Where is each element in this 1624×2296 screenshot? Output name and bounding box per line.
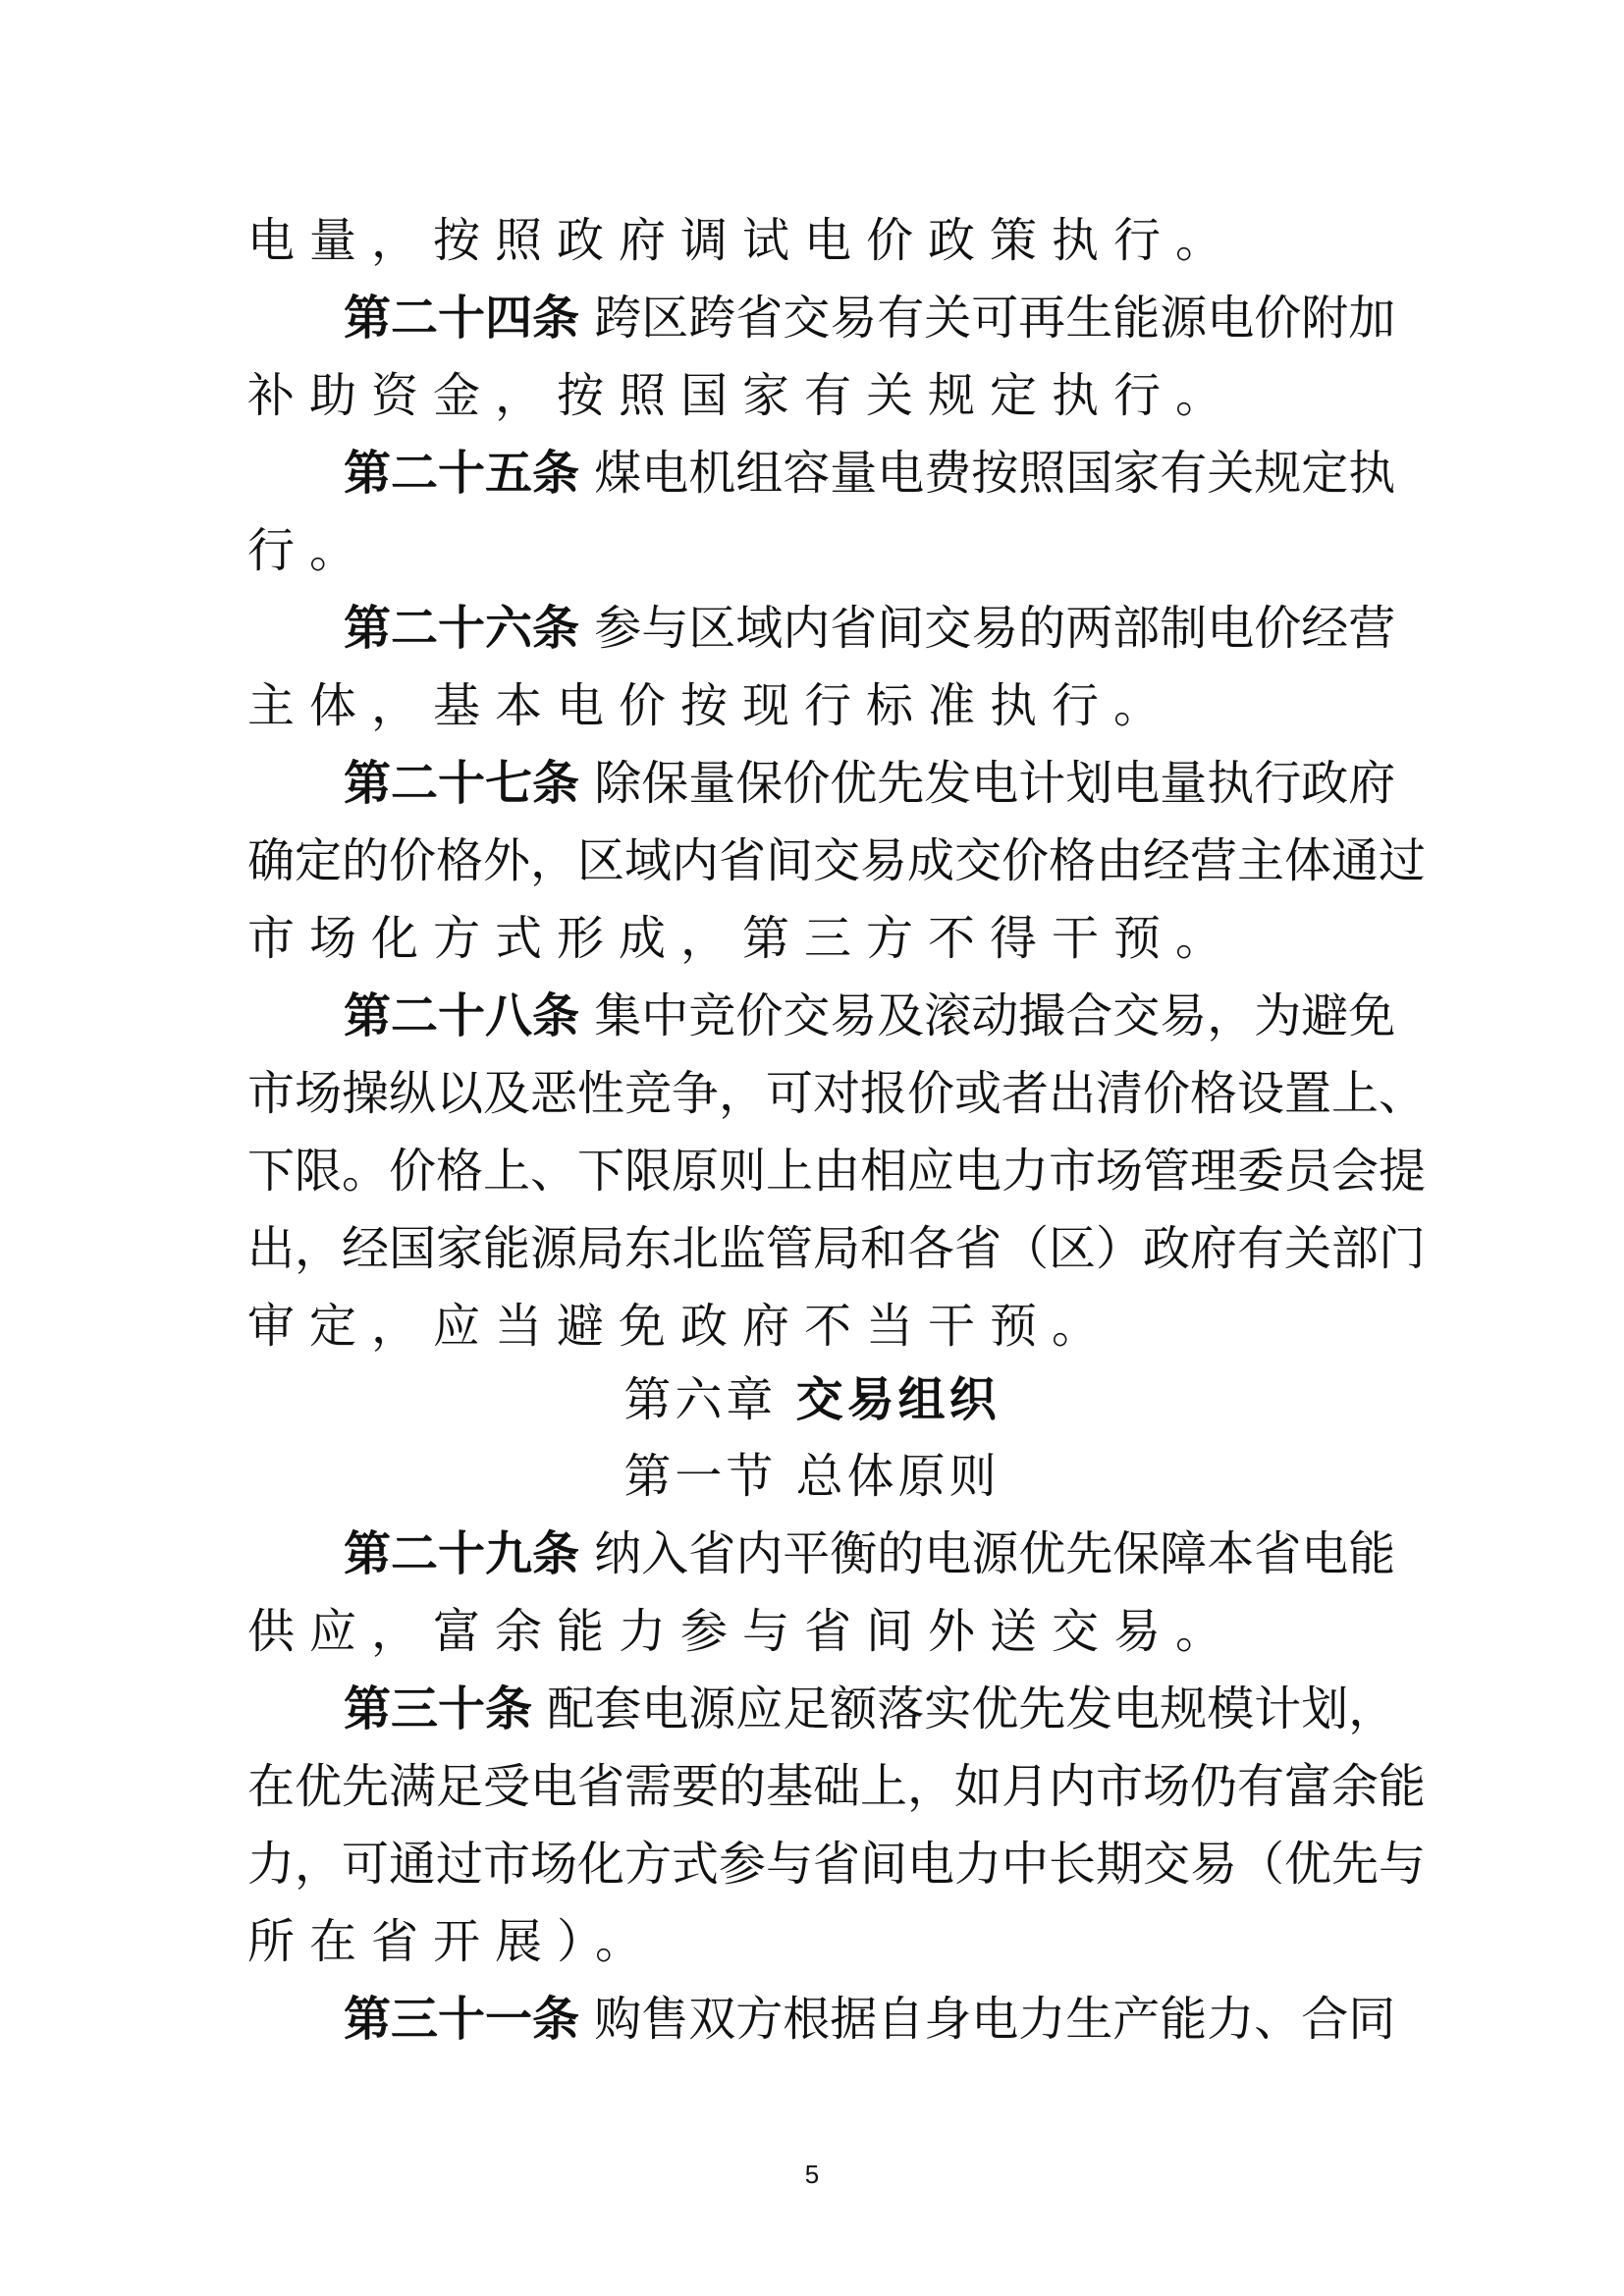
chapter-title: 交易组织 [796,1372,1001,1427]
text-line: 审定，应当避免政府不当干预。 [247,1297,1386,1356]
text-line: 在优先满足受电省需要的基础上，如月内市场仍有富余能 [247,1757,1386,1816]
article-number: 第三十条 [344,1682,532,1736]
section-title: 总体原则 [796,1449,1001,1504]
article-30: 第三十条 配套电源应足额落实优先发电规模计划， [344,1680,1386,1738]
line-text: 下限。价格上、下限原则上由相应电力市场管理委员会提 [247,1144,1426,1199]
article-number: 第二十七条 [344,756,579,811]
text-line: 力，可通过市场化方式参与省间电力中长期交易（优先与 [247,1835,1386,1894]
text-line: 下限。价格上、下限原则上由相应电力市场管理委员会提 [247,1142,1386,1201]
line-text: 行。 [247,523,371,578]
section-heading: 第一节 总体原则 [0,1447,1624,1506]
line-text: 市场操纵以及恶性竞争，可对报价或者出清价格设置上、 [247,1066,1426,1121]
article-text: 除保量保价优先发电计划电量执行政府 [579,756,1395,811]
text-line: 电量，按照政府调试电价政策执行。 [247,211,1386,270]
chapter-number: 第六章 [623,1372,777,1427]
line-text: 主体，基本电价按现行标准执行。 [247,678,1175,733]
text-line: 出，经国家能源局东北监管局和各省（区）政府有关部门 [247,1219,1386,1278]
page-number: 5 [0,2160,1624,2190]
text-line: 市场操纵以及恶性竞争，可对报价或者出清价格设置上、 [247,1064,1386,1123]
article-text: 纳入省内平衡的电源优先保障本省电能 [579,1526,1395,1581]
line-text: 补助资金，按照国家有关规定执行。 [247,368,1237,423]
line-text: 确定的价格外，区域内省间交易成交价格由经营主体通过 [247,833,1426,888]
article-number: 第三十一条 [344,1992,579,2047]
article-text: 集中竞价交易及滚动撮合交易，为避免 [579,988,1395,1043]
text-line: 市场化方式形成，第三方不得干预。 [247,909,1386,968]
section-number: 第一节 [623,1449,777,1504]
article-31: 第三十一条 购售双方根据自身电力生产能力、合同 [344,1990,1386,2049]
article-text: 配套电源应足额落实优先发电规模计划， [532,1682,1395,1736]
article-text: 购售双方根据自身电力生产能力、合同 [579,1992,1395,2047]
article-29: 第二十九条 纳入省内平衡的电源优先保障本省电能 [344,1524,1386,1583]
article-text: 跨区跨省交易有关可再生能源电价附加 [579,291,1395,346]
line-text: 供应，富余能力参与省间外送交易。 [247,1604,1237,1659]
article-number: 第二十四条 [344,291,579,346]
text-line: 补助资金，按照国家有关规定执行。 [247,366,1386,425]
line-text: 电量，按照政府调试电价政策执行。 [247,213,1237,268]
text-line: 主体，基本电价按现行标准执行。 [247,676,1386,735]
article-28: 第二十八条 集中竞价交易及滚动撮合交易，为避免 [344,987,1386,1045]
article-27: 第二十七条 除保量保价优先发电计划电量执行政府 [344,754,1386,813]
line-text: 力，可通过市场化方式参与省间电力中长期交易（优先与 [247,1837,1426,1892]
article-number: 第二十九条 [344,1526,579,1581]
line-text: 出，经国家能源局东北监管局和各省（区）政府有关部门 [247,1221,1426,1276]
article-number: 第二十八条 [344,988,579,1043]
article-text: 煤电机组容量电费按照国家有关规定执 [579,446,1395,501]
article-text: 参与区域内省间交易的两部制电价经营 [579,601,1395,656]
text-line: 所在省开展）。 [247,1912,1386,1971]
text-line: 确定的价格外，区域内省间交易成交价格由经营主体通过 [247,831,1386,890]
article-number: 第二十五条 [344,446,579,501]
text-line: 供应，富余能力参与省间外送交易。 [247,1602,1386,1661]
line-text: 市场化方式形成，第三方不得干预。 [247,911,1237,966]
line-text: 在优先满足受电省需要的基础上，如月内市场仍有富余能 [247,1759,1426,1814]
article-25: 第二十五条 煤电机组容量电费按照国家有关规定执 [344,444,1386,503]
article-24: 第二十四条 跨区跨省交易有关可再生能源电价附加 [344,289,1386,347]
chapter-heading: 第六章 交易组织 [0,1370,1624,1429]
line-text: 所在省开展）。 [247,1914,657,1969]
article-26: 第二十六条 参与区域内省间交易的两部制电价经营 [344,599,1386,658]
article-number: 第二十六条 [344,601,579,656]
line-text: 审定，应当避免政府不当干预。 [247,1299,1113,1354]
text-line: 行。 [247,521,1386,580]
